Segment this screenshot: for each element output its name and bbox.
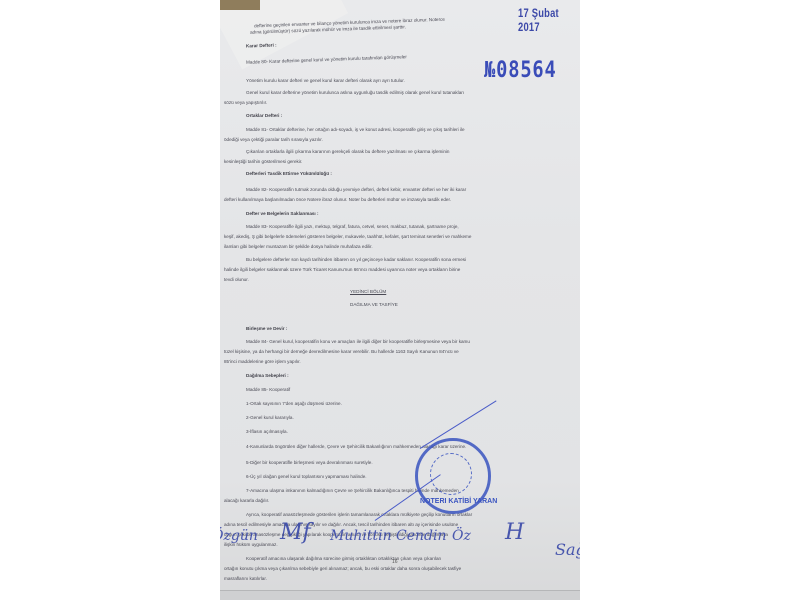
document-line: Madde 83- Kooperatifle ilgili yazı, mekt… [246,224,459,230]
document-line: Kooperatif amacına ulaşarak dağılma süre… [246,556,441,562]
seal-inner-ring [430,453,472,495]
document-line: Birleşme ve Devir : [246,326,287,332]
number-stamp: №08564 [484,58,557,83]
document-line: 5-Diğer bir kooperatifle birleşmesi veya… [246,460,373,466]
document-line: tüzel kişisine, ya da herhangi bir derne… [224,349,459,355]
document-line: ortağın konutu çıkma veya çıkarılma sebe… [224,566,461,572]
document-line: keşif, akediş, Ş gibi belgelerle ödemele… [224,234,471,240]
document-line: 2-Genel kurul kararıyla. [246,415,294,421]
document-line: Madde 85- Kooperatif [246,387,290,393]
document-line: Madde 84- Genel kurul, kooperatifin konu… [246,339,470,345]
document-line: DAĞILMA VE TASFİYE [350,302,398,308]
document-line: Madde 80- Karar defterine genel kurul ve… [246,54,407,66]
document-line: Defterleri Tasdik Ettirme Yükümlülüğü : [246,171,332,177]
signature: Öz [452,528,471,544]
document-line: halinde ilgili belgeler saklanmak üzere … [224,267,460,273]
document-line: alacağı kararla dağılır. [224,498,269,504]
document-line: defteri kullanılmaya başlanılmadan önce … [224,197,451,203]
document-line: Ortaklar Defteri : [246,113,282,119]
signature: Muhittin Cendin [330,528,447,544]
seal-text: NOTERI KATİBİ YARAN [420,498,497,505]
document-page: defterine geçirilen envanter ve bilanço … [220,0,580,600]
document-line: 85'inci maddelerine göre işlem yapılır. [224,359,301,365]
table-edge [220,0,260,10]
document-line: kesinleştiği tarihin gösterilmesi gereki… [224,159,302,165]
signature: H [505,520,524,545]
document-line: Bu belgelere defterler son kaydı tarihin… [246,257,466,263]
signature: Mf [280,520,311,545]
document-line: Madde 81- Ortaklar defterine, her ortağı… [246,127,465,133]
background-left [0,0,220,600]
document-line: ilamları gibi belgeler muntazam bir şeki… [224,244,373,250]
signature: Özgün [220,528,258,544]
document-line: 3-İflasın açılmasıyla. [246,429,288,435]
document-line: YEDİNCİ BÖLÜM [350,289,386,295]
document-line: Genel kurul karar defterine yönetim kuru… [246,90,464,96]
document-line: 6-Üç yıl olağan genel kurul toplantısını… [246,474,367,480]
document-line: Defter ve Belgelerin Saklanması : [246,211,319,217]
date-stamp: 17 Şubat 2017 [518,6,566,34]
document-line: Dağılma Sebepleri : [246,373,289,379]
document-line: sözü veya yapıştırılır. [224,100,267,106]
document-line: 1-Ortak sayısının 7'den aşağı düşmesi üz… [246,401,342,407]
document-line: Karar Defteri : [246,42,277,49]
signature: Sağ [555,540,580,559]
document-line: Madde 82- Kooperatifin tutmak zorunda ol… [246,187,466,193]
document-line: tevdi olunur. [224,277,249,283]
document-line: Ayrıca, kooperatif anasözleşmede gösteri… [246,512,472,518]
document-line: ödediği veya çektiği paralar tarih sıras… [224,137,323,143]
document-line: Çıkarılan ortaklarla ilgili çıkarma kara… [246,149,449,155]
page-number: 16 [392,559,398,565]
background-right [580,0,800,600]
document-line: Yönetim kurulu karar defteri ve genel ku… [246,78,405,84]
page-bottom-edge [220,590,580,600]
document-line: masraflarını katılırlar. [224,576,267,582]
